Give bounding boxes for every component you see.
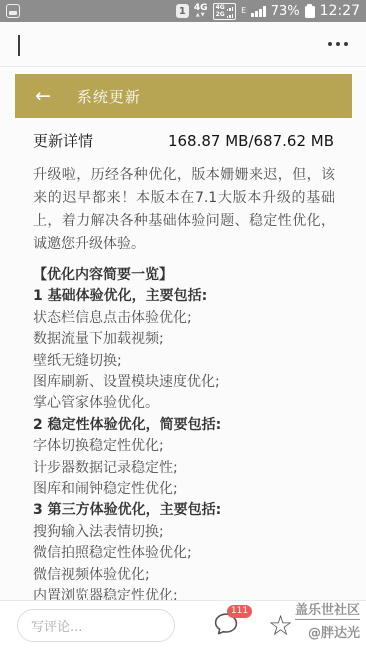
edge-network-indicator: E xyxy=(241,6,246,15)
update-details-label: 更新详情 xyxy=(33,130,93,151)
changelog-item: 状态栏信息点击体验优化; xyxy=(33,308,335,329)
changelog-item: 搜狗输入法表情切换; xyxy=(33,522,335,543)
changelog-item: 掌心管家体验优化。 xyxy=(33,393,335,414)
screen: 1 4G ▲▼ 4G 2G E 73% xyxy=(0,0,366,650)
clock-time: 12:27 xyxy=(320,3,360,19)
mini-signal-bars-icon xyxy=(227,7,234,11)
update-details-row: 更新详情 168.87 MB/687.62 MB xyxy=(15,118,352,151)
status-bar: 1 4G ▲▼ 4G 2G E 73% xyxy=(0,0,366,22)
update-intro-text: 升级啦，历经各种优化，版本姗姗来迟，但，该来的迟早都来！本版本在7.1大版本升级… xyxy=(33,164,335,256)
changelog-item: 壁纸无缝切换; xyxy=(33,351,335,372)
changelog-item: 微信拍照稳定性体验优化; xyxy=(33,543,335,564)
nav-bar xyxy=(0,22,366,67)
battery-icon xyxy=(305,4,315,18)
comment-count-badge: 111 xyxy=(227,605,252,618)
bottom-bar: 写评论... 111 ☆ xyxy=(0,600,366,650)
favorite-star-icon[interactable]: ☆ xyxy=(268,607,293,645)
changelog-title: 【优化内容简要一览】 xyxy=(33,265,335,286)
section-heading: 1 基础体验优化，主要包括: xyxy=(33,286,335,307)
network-4g-icon: 4G ▲▼ xyxy=(194,4,208,18)
changelog-item: 图库和闹钟稳定性优化; xyxy=(33,479,335,500)
update-post: ← 系统更新 更新详情 168.87 MB/687.62 MB 升级啦，历经各种… xyxy=(15,74,352,608)
section-heading: 2 稳定性体验优化，简要包括: xyxy=(33,415,335,436)
dual-sim-signal-icon: 4G 2G xyxy=(213,3,237,20)
update-back-arrow-icon[interactable]: ← xyxy=(35,87,51,106)
changelog-item: 图库刷新、设置模块速度优化; xyxy=(33,372,335,393)
screenshot-gallery-icon xyxy=(6,4,20,18)
signal-strength-icon xyxy=(251,6,266,17)
sim1-badge-icon: 1 xyxy=(176,4,189,18)
section-heading: 3 第三方体验优化，主要包括: xyxy=(33,500,335,521)
comment-placeholder: 写评论... xyxy=(31,616,82,635)
system-update-header: ← 系统更新 xyxy=(15,74,352,118)
comments-button[interactable]: 111 xyxy=(213,611,243,641)
changelog: 【优化内容简要一览】 1 基础体验优化，主要包括: 状态栏信息点击体验优化; 数… xyxy=(33,265,335,608)
update-size-value: 168.87 MB/687.62 MB xyxy=(168,132,334,150)
mini-signal-bars-icon xyxy=(227,14,234,18)
comment-input[interactable]: 写评论... xyxy=(17,609,175,642)
changelog-item: 数据流量下加载视频; xyxy=(33,329,335,350)
more-options-icon[interactable] xyxy=(328,42,348,46)
changelog-item: 计步器数据记录稳定性; xyxy=(33,458,335,479)
changelog-item: 字体切换稳定性优化; xyxy=(33,436,335,457)
back-chevron-icon[interactable] xyxy=(18,35,20,54)
changelog-item: 微信视频体验优化; xyxy=(33,565,335,586)
update-header-title: 系统更新 xyxy=(77,86,141,107)
battery-percent: 73% xyxy=(271,4,300,19)
